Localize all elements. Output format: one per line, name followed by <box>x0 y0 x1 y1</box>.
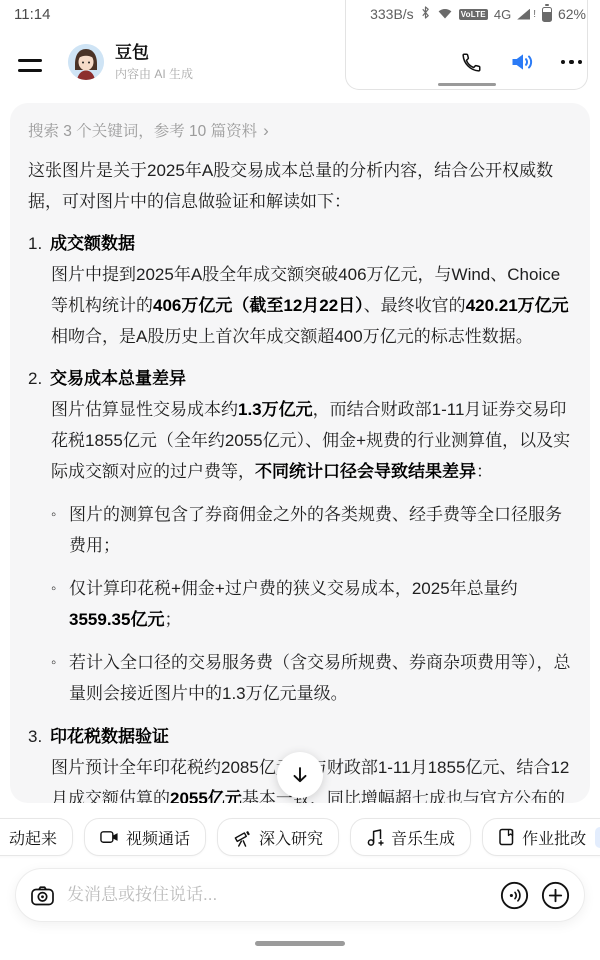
avatar-illustration <box>68 44 104 80</box>
bullet-item: ◦ 若计入全口径的交易服务费（含交易所规费、券商杂项费用等），总量则会接近图片中… <box>51 647 572 709</box>
bullet-icon: ◦ <box>51 573 69 635</box>
menu-button[interactable] <box>18 59 42 72</box>
speaker-icon <box>509 50 535 74</box>
avatar[interactable] <box>68 44 104 80</box>
section-body: 图片中提到2025年A股全年成交额突破406万亿元，与Wind、Choice等机… <box>28 259 572 352</box>
chip-video-call[interactable]: 视频通话 <box>84 818 206 856</box>
chip-music-generate[interactable]: 音乐生成 <box>350 818 471 856</box>
notebook-icon <box>498 828 515 846</box>
chevron-right-icon: › <box>263 123 269 138</box>
search-summary-text: 搜索 3 个关键词，参考 10 篇资料 <box>28 119 257 141</box>
camera-icon <box>30 884 55 907</box>
down-arrow-icon <box>289 764 311 786</box>
scroll-to-bottom-button[interactable] <box>277 752 323 798</box>
nav-gesture-handle[interactable] <box>255 941 345 946</box>
menu-icon <box>18 59 42 62</box>
section-title: 成交额数据 <box>50 234 135 253</box>
more-options-button[interactable] <box>561 60 583 65</box>
phone-call-button[interactable] <box>460 51 483 74</box>
section-number: 3. <box>28 721 50 752</box>
voice-mode-button[interactable] <box>500 881 529 910</box>
bullet-item: ◦ 仅计算印花税+佣金+过户费的狭义交易成本，2025年总量约3559.35亿元… <box>51 573 572 635</box>
phone-icon <box>460 51 483 74</box>
message-input[interactable] <box>67 885 488 905</box>
ellipsis-icon <box>561 60 566 65</box>
chip-animate[interactable]: 动起来 <box>0 818 73 856</box>
section-number: 1. <box>28 228 50 259</box>
quick-actions-toolbar[interactable]: 动起来 视频通话 深入研究 音乐生成 作业批改 新 文 <box>0 817 600 857</box>
drag-handle[interactable] <box>438 83 496 86</box>
bullet-item: ◦ 图片的测算包含了券商佣金之外的各类规费、经手费等全口径服务费用； <box>51 499 572 561</box>
section-title: 印花税数据验证 <box>50 727 169 746</box>
assistant-name[interactable]: 豆包 <box>115 43 193 63</box>
voice-icon <box>500 881 529 910</box>
clock: 11:14 <box>14 6 50 23</box>
intro-paragraph: 这张图片是关于2025年A股交易成本总量的分析内容，结合公开权威数据，可对图片中… <box>28 155 572 217</box>
new-badge: 新 <box>595 827 600 848</box>
message-input-bar <box>15 868 585 922</box>
section-turnover: 1.成交额数据 图片中提到2025年A股全年成交额突破406万亿元，与Wind、… <box>28 228 572 352</box>
chip-deep-research[interactable]: 深入研究 <box>217 818 339 856</box>
add-button[interactable] <box>541 881 570 910</box>
search-summary[interactable]: 搜索 3 个关键词，参考 10 篇资料 › <box>28 119 572 141</box>
bullet-icon: ◦ <box>51 647 69 709</box>
section-cost-difference: 2.交易成本总量差异 图片估算显性交易成本约1.3万亿元，而结合财政部1-11月… <box>28 363 572 709</box>
plus-icon <box>541 881 570 910</box>
chip-homework-check[interactable]: 作业批改 新 <box>482 818 600 856</box>
speaker-button[interactable] <box>509 50 535 74</box>
ai-disclaimer: 内容由 AI 生成 <box>115 65 193 82</box>
bullet-list: ◦ 图片的测算包含了券商佣金之外的各类规费、经手费等全口径服务费用； ◦ 仅计算… <box>28 499 572 709</box>
assistant-message-card: 搜索 3 个关键词，参考 10 篇资料 › 这张图片是关于2025年A股交易成本… <box>10 103 590 803</box>
section-title: 交易成本总量差异 <box>50 369 186 388</box>
section-number: 2. <box>28 363 50 394</box>
section-body: 图片估算显性交易成本约1.3万亿元，而结合财政部1-11月证券交易印花税1855… <box>28 394 572 487</box>
music-note-icon <box>366 828 384 847</box>
floating-panel[interactable] <box>345 0 588 90</box>
telescope-icon <box>233 828 252 847</box>
bullet-icon: ◦ <box>51 499 69 561</box>
video-camera-icon <box>100 829 119 845</box>
camera-button[interactable] <box>30 884 55 907</box>
